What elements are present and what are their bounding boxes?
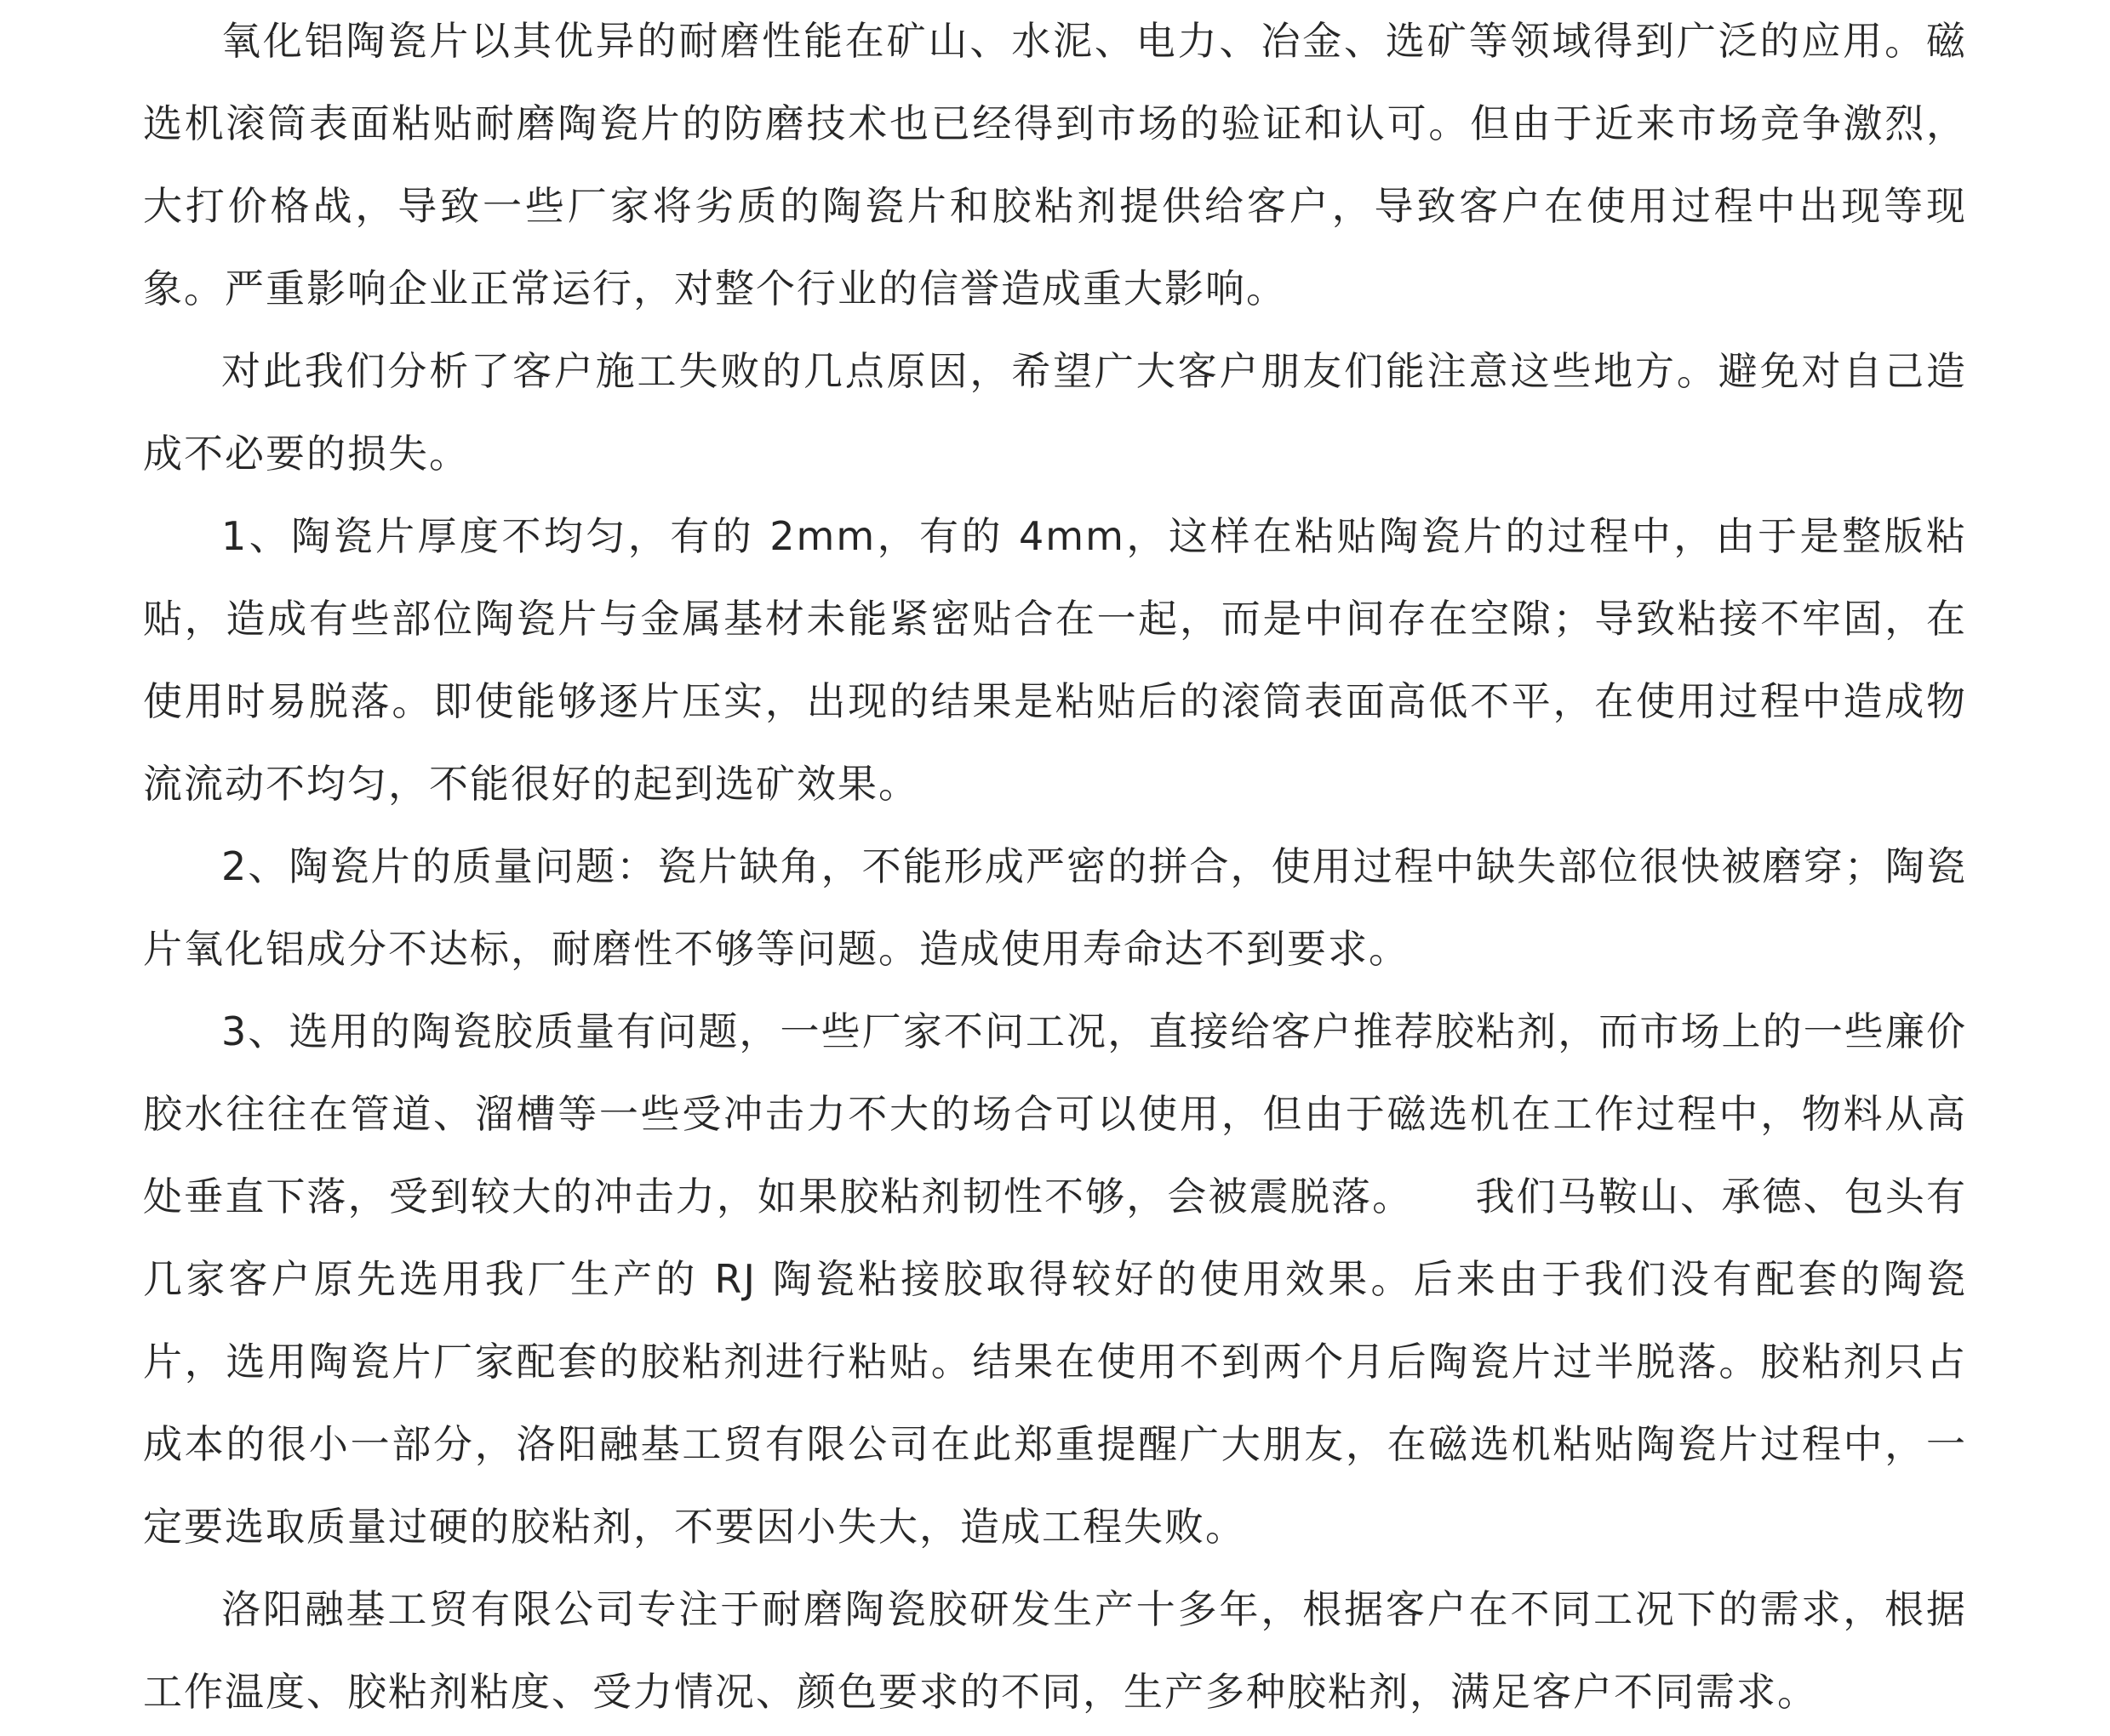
paragraph-analysis-lead: 对此我们分析了客户施工失败的几点原因，希望广大客户朋友们能注意这些地方。避免对自… [143,330,1967,495]
paragraph-company-summary: 洛阳融基工贸有限公司专注于耐磨陶瓷胶研发生产十多年，根据客户在不同工况下的需求，… [143,1568,1967,1733]
document-page: 氧化铝陶瓷片以其优异的耐磨性能在矿山、水泥、电力、冶金、选矿等领域得到广泛的应用… [0,0,2110,1736]
paragraph-reason-1: 1、陶瓷片厚度不均匀，有的 2mm，有的 4mm，这样在粘贴陶瓷片的过程中，由于… [143,495,1967,825]
paragraph-reason-3: 3、选用的陶瓷胶质量有问题，一些厂家不问工况，直接给客户推荐胶粘剂，而市场上的一… [143,991,1967,1568]
paragraph-reason-2: 2、陶瓷片的质量问题：瓷片缺角，不能形成严密的拼合，使用过程中缺失部位很快被磨穿… [143,825,1967,991]
paragraph-intro: 氧化铝陶瓷片以其优异的耐磨性能在矿山、水泥、电力、冶金、选矿等领域得到广泛的应用… [143,0,1967,330]
